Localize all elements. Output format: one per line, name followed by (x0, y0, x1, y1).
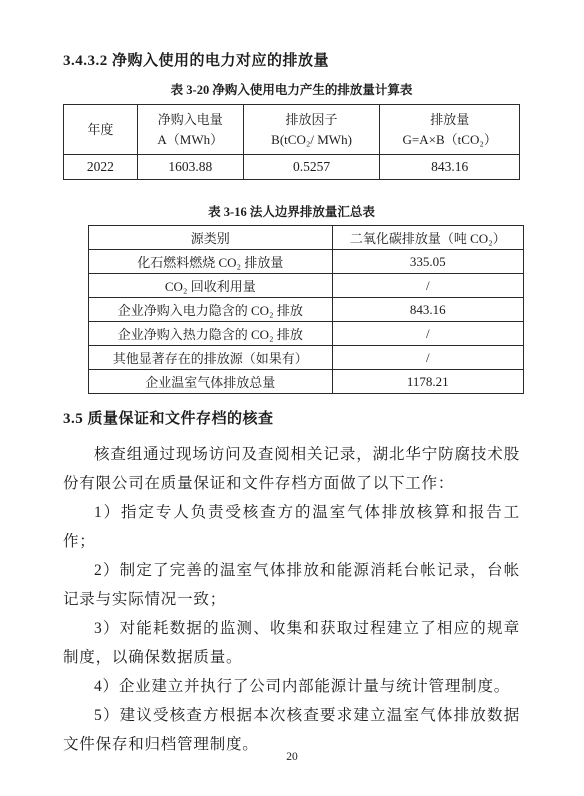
data-cell-emission: 843.16 (380, 155, 520, 180)
page-number: 20 (0, 751, 584, 763)
table-3-16-caption: 表 3-16 法人边界排放量汇总表 (63, 204, 520, 221)
header-cell-emission: 排放量 G=A×B（tCO₂） (380, 105, 520, 155)
data-cell-value: 843.16 (332, 298, 523, 322)
header-cell-year: 年度 (64, 105, 138, 155)
document-page: 3.4.3.2 净购入使用的电力对应的排放量 表 3-20 净购入使用电力产生的… (0, 0, 584, 796)
section-35-body: 核查组通过现场访问及查阅相关记录，湖北华宁防腐技术股份有限公司在质量保证和文件存… (63, 440, 520, 759)
data-cell-source: 化石燃料燃烧 CO₂ 排放量 (89, 250, 333, 274)
paragraph-intro: 核查组通过现场访问及查阅相关记录，湖北华宁防腐技术股份有限公司在质量保证和文件存… (63, 440, 520, 498)
page-content: 3.4.3.2 净购入使用的电力对应的排放量 表 3-20 净购入使用电力产生的… (63, 0, 520, 759)
data-cell-value: / (332, 346, 523, 370)
paragraph-item-3: 3）对能耗数据的监测、收集和获取过程建立了相应的规章制度，以确保数据质量。 (63, 614, 520, 672)
emission-summary-table: 源类别 二氧化碳排放量（吨 CO₂） 化石燃料燃烧 CO₂ 排放量 335.05… (88, 225, 524, 394)
data-cell-value: / (332, 322, 523, 346)
header-cell-co2-amount: 二氧化碳排放量（吨 CO₂） (332, 226, 523, 250)
data-cell-electricity: 1603.88 (137, 155, 243, 180)
data-cell-source: 企业温室气体排放总量 (89, 370, 333, 394)
electricity-emission-table: 年度 净购入电量 A（MWh） 排放因子 B(tCO₂/ MWh) 排放量 G=… (63, 104, 520, 180)
table-row: 2022 1603.88 0.5257 843.16 (64, 155, 520, 180)
data-cell-value: 335.05 (332, 250, 523, 274)
table-row: 化石燃料燃烧 CO₂ 排放量 335.05 (89, 250, 524, 274)
table-row: 企业净购入热力隐含的 CO₂ 排放 / (89, 322, 524, 346)
data-cell-factor: 0.5257 (243, 155, 380, 180)
table-row: 企业温室气体排放总量 1178.21 (89, 370, 524, 394)
section-heading-35: 3.5 质量保证和文件存档的核查 (63, 409, 520, 429)
table-row: 企业净购入电力隐含的 CO₂ 排放 843.16 (89, 298, 524, 322)
header-cell-factor: 排放因子 B(tCO₂/ MWh) (243, 105, 380, 155)
data-cell-source: 其他显著存在的排放源（如果有） (89, 346, 333, 370)
header-cell-source: 源类别 (89, 226, 333, 250)
paragraph-item-2: 2）制定了完善的温室气体排放和能源消耗台帐记录，台帐记录与实际情况一致； (63, 556, 520, 614)
data-cell-source: 企业净购入热力隐含的 CO₂ 排放 (89, 322, 333, 346)
table-header-row: 源类别 二氧化碳排放量（吨 CO₂） (89, 226, 524, 250)
section-heading-3432: 3.4.3.2 净购入使用的电力对应的排放量 (63, 51, 520, 71)
data-cell-source: CO₂ 回收利用量 (89, 274, 333, 298)
header-cell-electricity: 净购入电量 A（MWh） (137, 105, 243, 155)
table-3-20-caption: 表 3-20 净购入使用电力产生的排放量计算表 (63, 82, 520, 99)
table-header-row: 年度 净购入电量 A（MWh） 排放因子 B(tCO₂/ MWh) 排放量 G=… (64, 105, 520, 155)
table-row: CO₂ 回收利用量 / (89, 274, 524, 298)
data-cell-value: / (332, 274, 523, 298)
paragraph-item-1: 1）指定专人负责受核查方的温室气体排放核算和报告工作； (63, 498, 520, 556)
table-row: 其他显著存在的排放源（如果有） / (89, 346, 524, 370)
data-cell-source: 企业净购入电力隐含的 CO₂ 排放 (89, 298, 333, 322)
data-cell-year: 2022 (64, 155, 138, 180)
paragraph-item-4: 4）企业建立并执行了公司内部能源计量与统计管理制度。 (63, 672, 520, 701)
data-cell-value: 1178.21 (332, 370, 523, 394)
